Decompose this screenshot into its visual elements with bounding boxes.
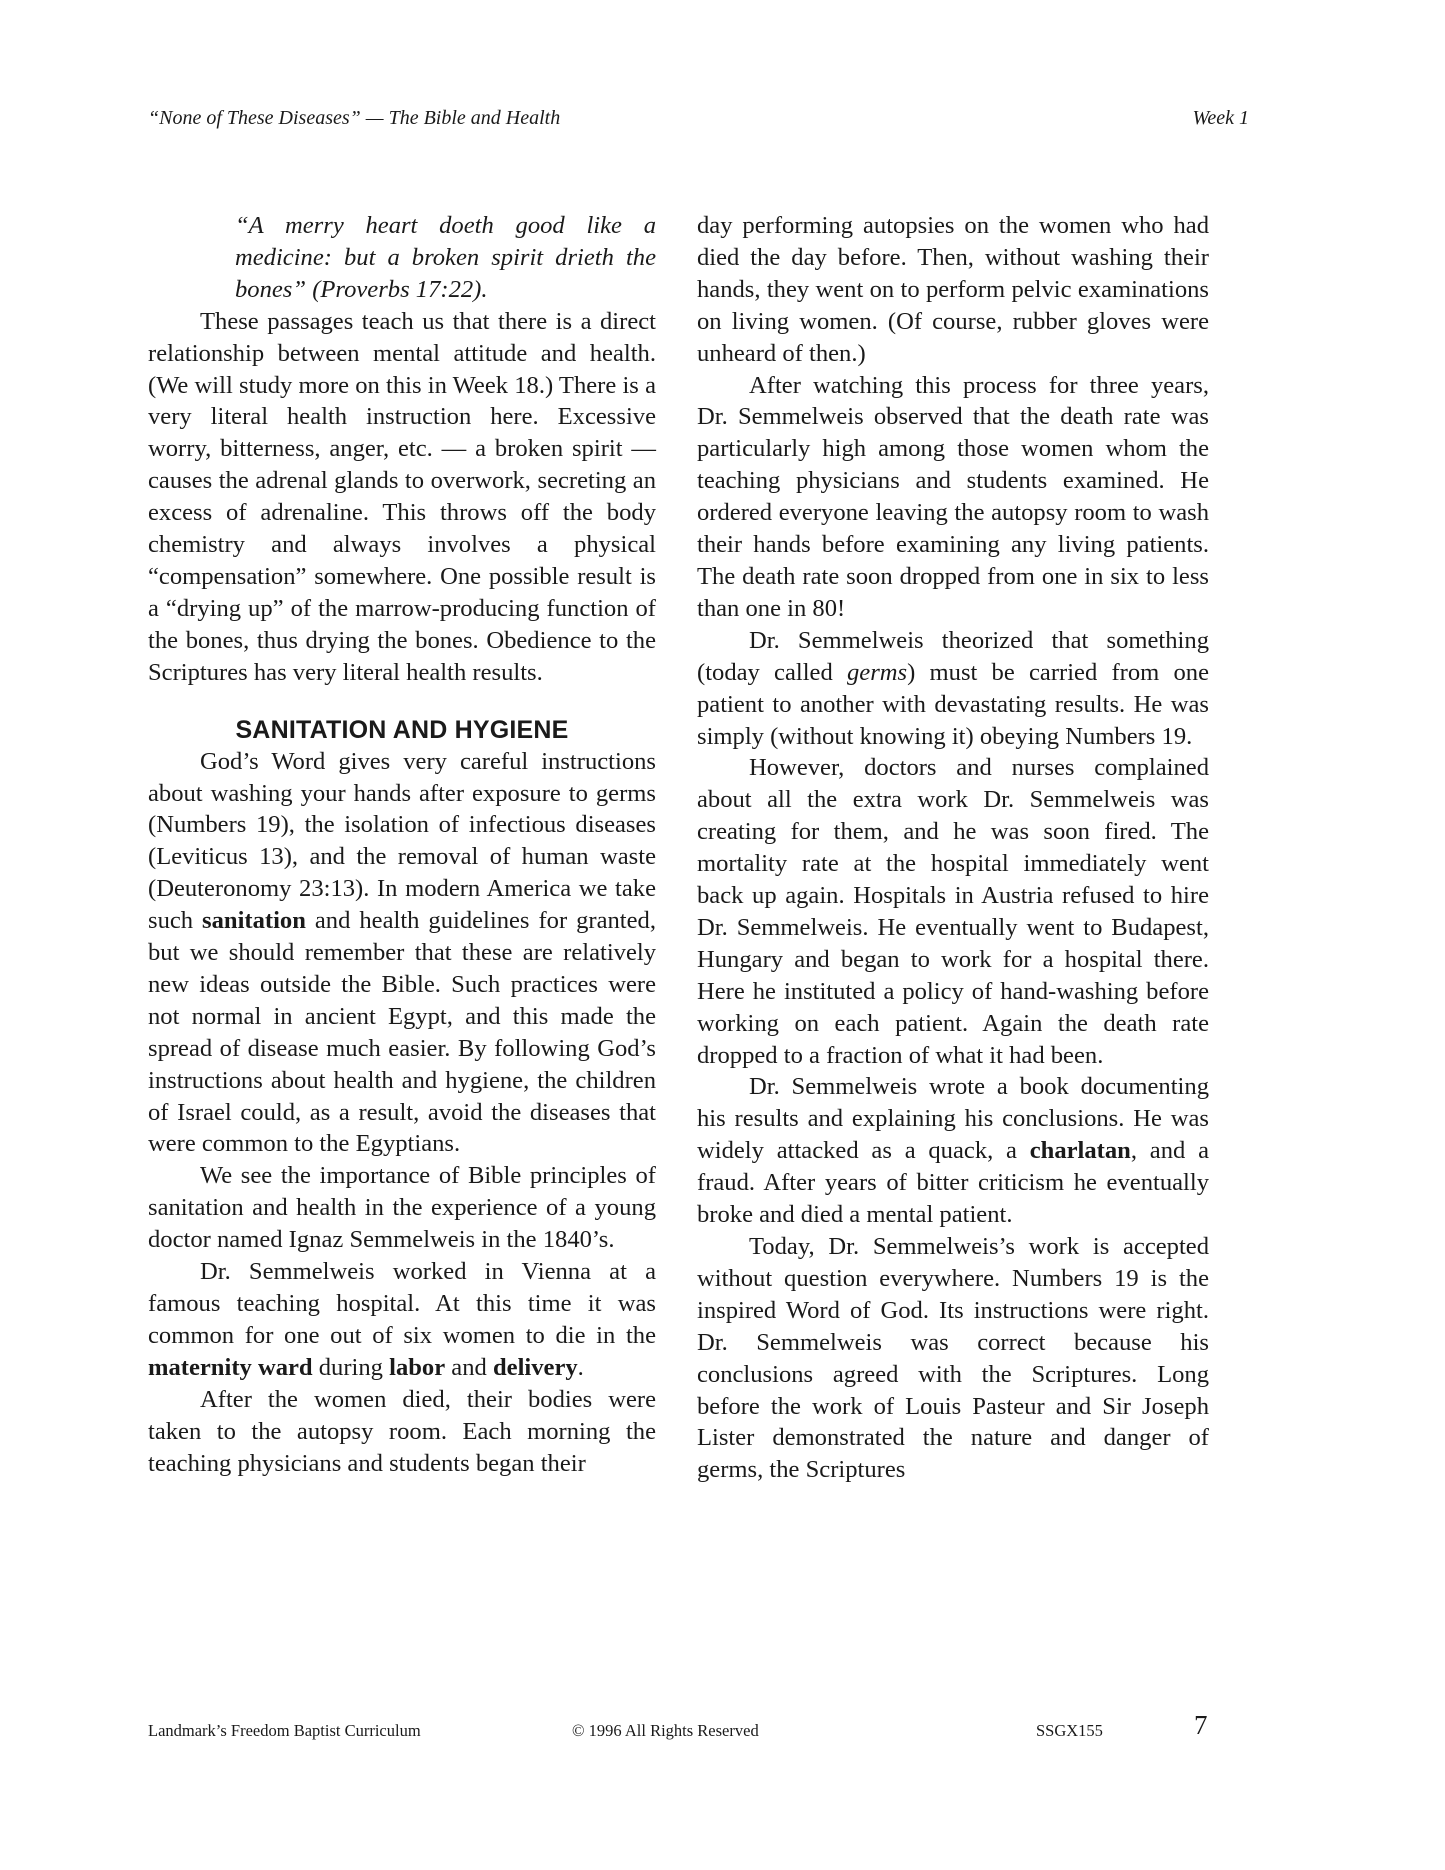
right-column: day performing autopsies on the women wh… <box>697 210 1209 1486</box>
page-number: 7 <box>1194 1710 1208 1740</box>
paragraph-bible-principles: We see the importance of Bible principle… <box>148 1160 656 1256</box>
paragraph-book: Dr. Semmelweis wrote a book documenting … <box>697 1071 1209 1231</box>
paragraph-vienna: Dr. Semmelweis worked in Vienna at a fam… <box>148 1256 656 1384</box>
bold-term-delivery: delivery <box>493 1354 578 1381</box>
left-column: “A merry heart doeth good like a medicin… <box>148 210 656 1479</box>
paragraph-germs-theory: Dr. Semmelweis theorized that something … <box>697 625 1209 753</box>
bold-term-labor: labor <box>389 1354 445 1381</box>
bold-term-charlatan: charlatan <box>1030 1137 1131 1164</box>
page-footer: Landmark’s Freedom Baptist Curriculum © … <box>148 1716 1218 1746</box>
curriculum-code: SSGX155 <box>1036 1716 1103 1746</box>
week-label: Week 1 <box>1193 103 1249 133</box>
paragraph-autopsies-continued: day performing autopsies on the women wh… <box>697 210 1209 370</box>
italic-term-germs: germs <box>847 659 907 686</box>
paragraph-mental-attitude: These passages teach us that there is a … <box>148 306 656 689</box>
bold-term-maternity-ward: maternity ward <box>148 1354 313 1381</box>
paragraph-today: Today, Dr. Semmelweis’s work is accepted… <box>697 1231 1209 1486</box>
book-title: “None of These Diseases” — The Bible and… <box>148 103 560 133</box>
copyright-notice: © 1996 All Rights Reserved <box>572 1716 759 1746</box>
paragraph-three-years: After watching this process for three ye… <box>697 370 1209 625</box>
scripture-quote: “A merry heart doeth good like a medicin… <box>235 210 656 306</box>
paragraph-fired: However, doctors and nurses complained a… <box>697 752 1209 1071</box>
publisher-name: Landmark’s Freedom Baptist Curriculum <box>148 1716 421 1746</box>
section-heading-sanitation: SANITATION AND HYGIENE <box>148 715 656 746</box>
paragraph-autopsy-room: After the women died, their bodies were … <box>148 1384 656 1480</box>
running-header: “None of These Diseases” — The Bible and… <box>148 103 1249 133</box>
bold-term-sanitation: sanitation <box>202 907 306 934</box>
document-page: “None of These Diseases” — The Bible and… <box>0 0 1445 1870</box>
paragraph-gods-word: God’s Word gives very careful instructio… <box>148 746 656 1161</box>
